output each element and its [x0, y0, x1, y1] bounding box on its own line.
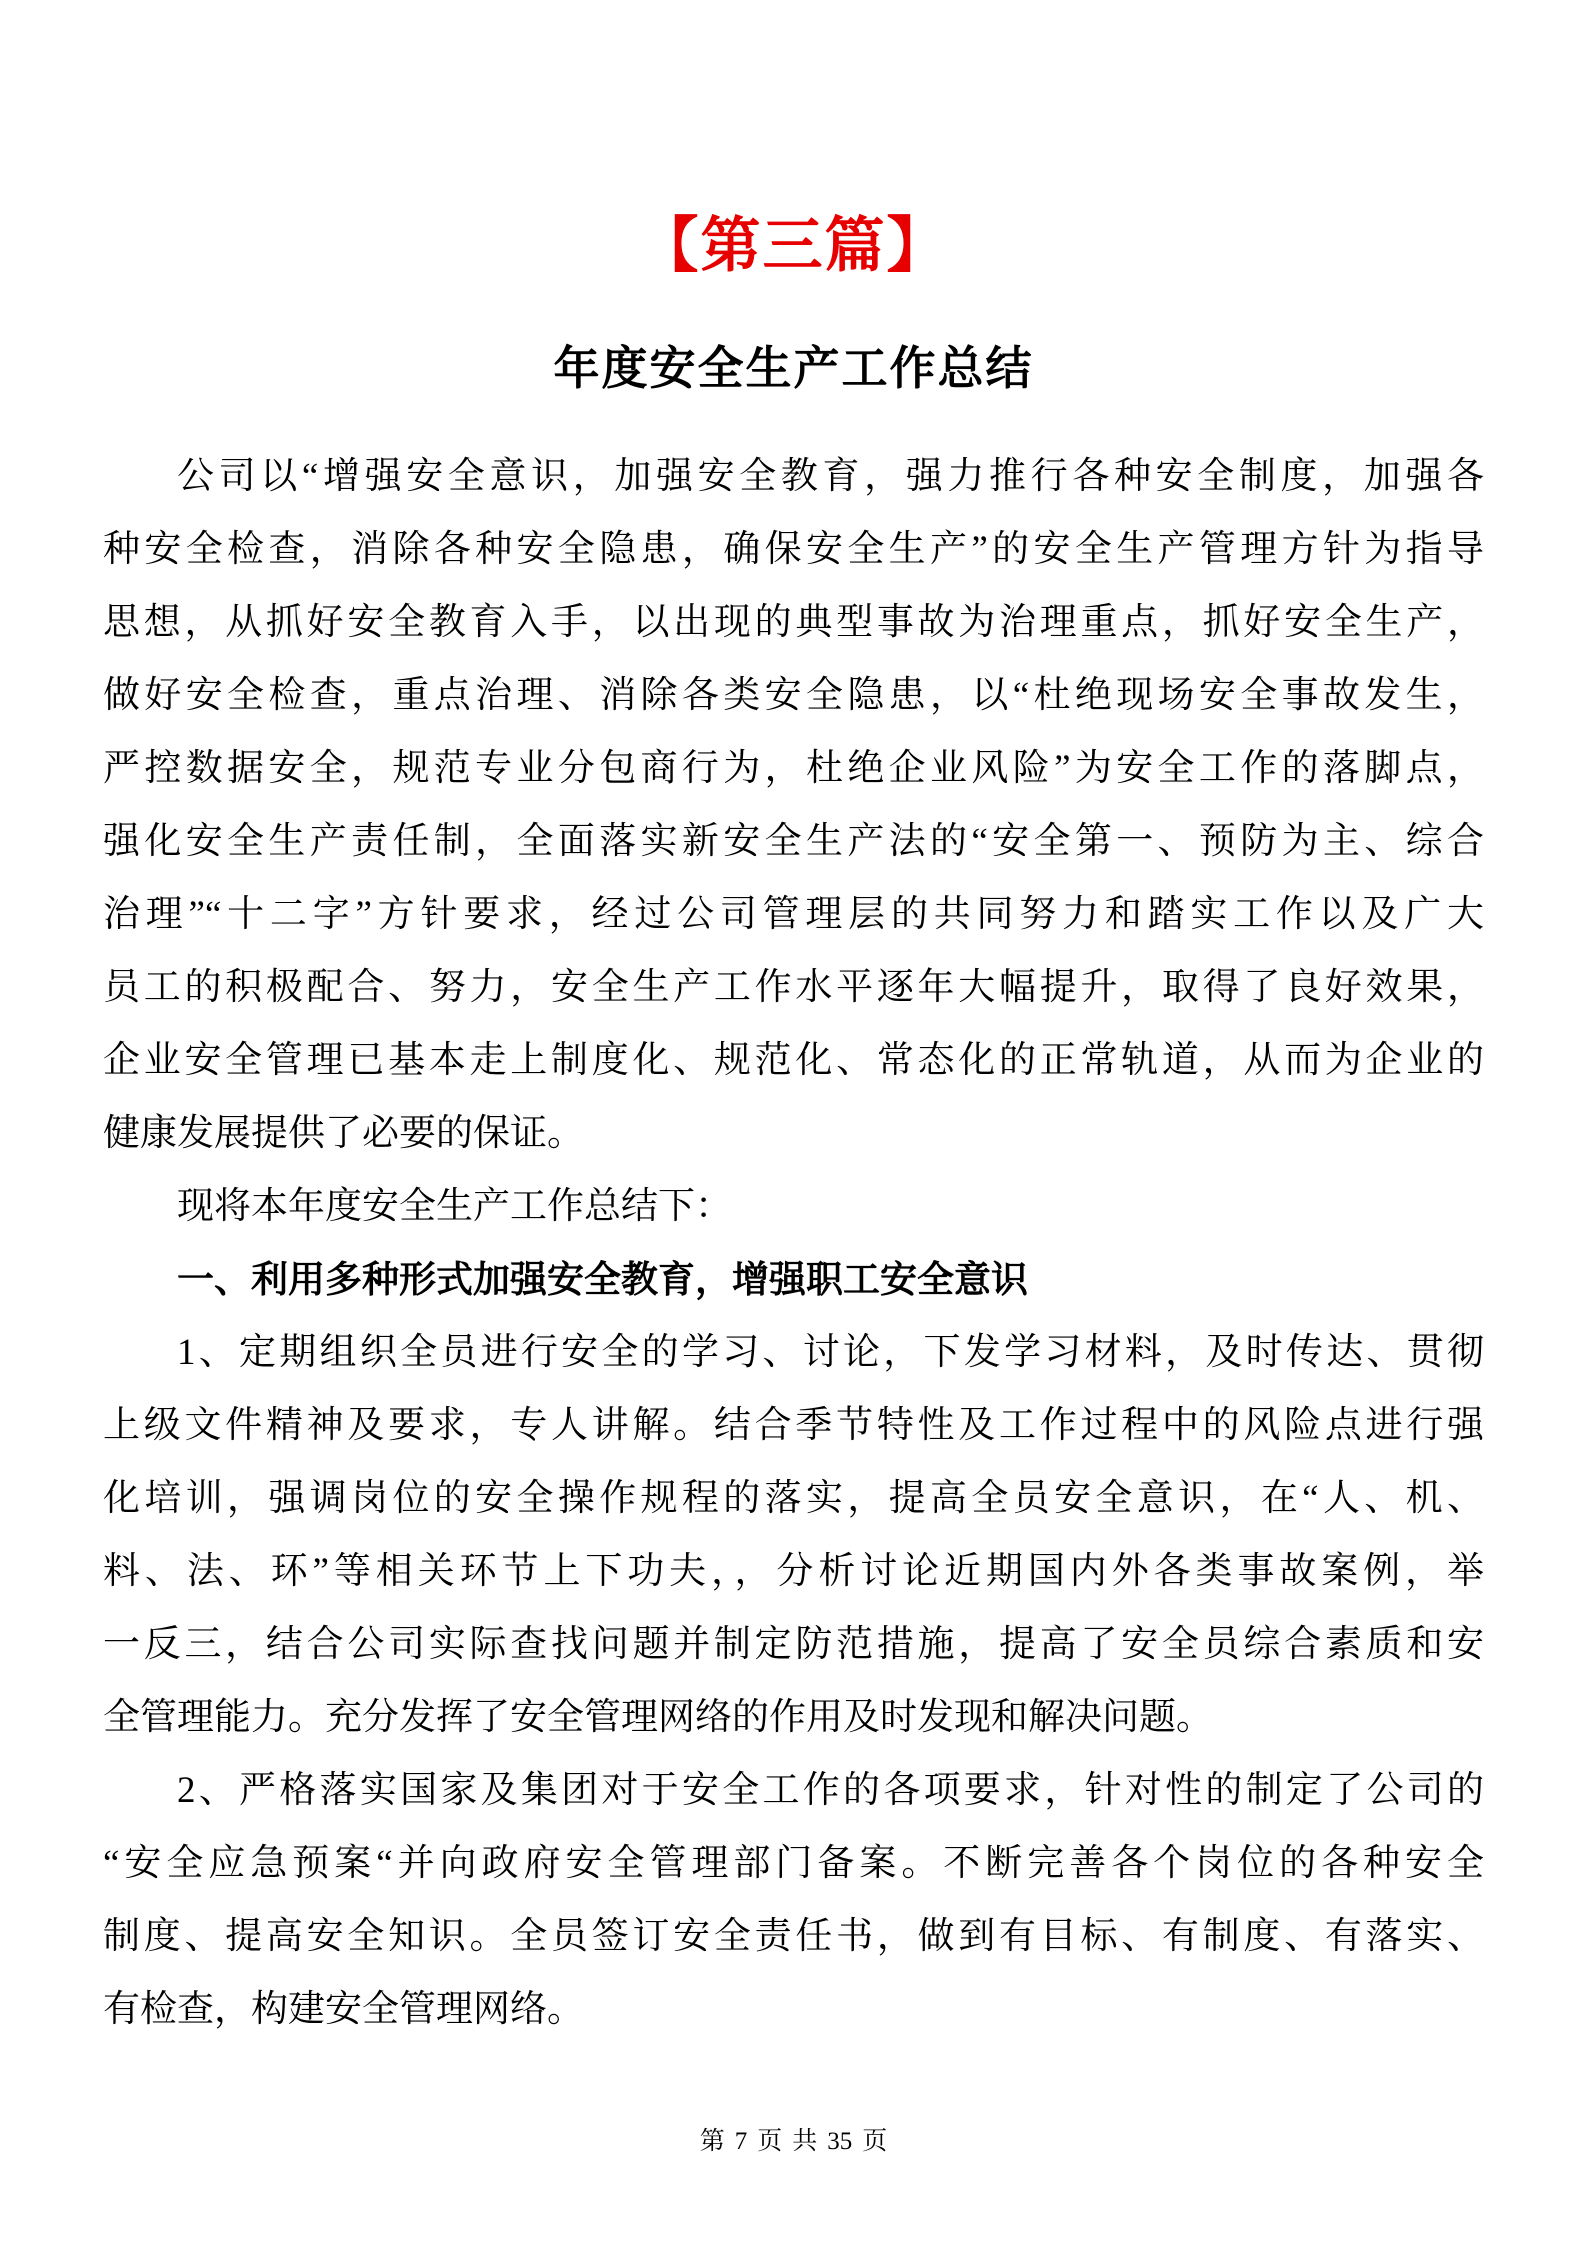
body-text-line: 思想，从抓好安全教育入手，以出现的典型事故为治理重点，抓好安全生产，	[103, 586, 1484, 659]
footer-label-page: 第	[695, 2128, 730, 2155]
section-title: 【第三篇】	[0, 0, 1587, 282]
body-text-line: 企业安全管理已基本走上制度化、规范化、常态化的正常轨道，从而为企业的	[103, 1024, 1484, 1097]
body-text-line: 化培训，强调岗位的安全操作规程的落实，提高全员安全意识，在“人、机、	[103, 1462, 1484, 1535]
body-text-line: 种安全检查，消除各种安全隐患，确保安全生产”的安全生产管理方针为指导	[103, 513, 1484, 586]
body-text-line: 有检查，构建安全管理网络。	[103, 1973, 1484, 2046]
document-body: 公司以“增强安全意识，加强安全教育，强力推行各种安全制度，加强各种安全检查，消除…	[103, 396, 1484, 2046]
body-text-line: 强化安全生产责任制，全面落实新安全生产法的“安全第一、预防为主、综合	[103, 805, 1484, 878]
footer-label-unit2: 页	[857, 2128, 892, 2155]
body-text-line: “安全应急预案“并向政府安全管理部门备案。不断完善各个岗位的各种安全	[103, 1827, 1484, 1900]
document-title: 年度安全生产工作总结	[0, 282, 1587, 396]
body-text-line: 严控数据安全，规范专业分包商行为，杜绝企业风险”为安全工作的落脚点，	[103, 732, 1484, 805]
body-text-line: 上级文件精神及要求，专人讲解。结合季节特性及工作过程中的风险点进行强	[103, 1389, 1484, 1462]
body-text-line: 健康发展提供了必要的保证。	[103, 1097, 1484, 1170]
body-text-line: 2、严格落实国家及集团对于安全工作的各项要求，针对性的制定了公司的	[103, 1754, 1484, 1827]
body-text-line: 公司以“增强安全意识，加强安全教育，强力推行各种安全制度，加强各	[103, 440, 1484, 513]
body-text-line: 1、定期组织全员进行安全的学习、讨论，下发学习材料，及时传达、贯彻	[103, 1316, 1484, 1389]
body-text-line: 一反三，结合公司实际查找问题并制定防范措施，提高了安全员综合素质和安	[103, 1608, 1484, 1681]
footer-label-unit: 页	[752, 2128, 787, 2155]
document-page: 【第三篇】 年度安全生产工作总结 公司以“增强安全意识，加强安全教育，强力推行各…	[0, 0, 1587, 2245]
footer-label-total: 共	[787, 2128, 822, 2155]
body-text-line: 现将本年度安全生产工作总结下：	[103, 1170, 1484, 1243]
body-text-line: 做好安全检查，重点治理、消除各类安全隐患，以“杜绝现场安全事故发生，	[103, 659, 1484, 732]
body-text-line: 料、法、环”等相关环节上下功夫，，分析讨论近期国内外各类事故案例，举	[103, 1535, 1484, 1608]
body-text-line: 制度、提高安全知识。全员签订安全责任书，做到有目标、有制度、有落实、	[103, 1900, 1484, 1973]
page-footer: 第7页共35页	[0, 2126, 1587, 2158]
body-text-line: 员工的积极配合、努力，安全生产工作水平逐年大幅提升，取得了良好效果，	[103, 951, 1484, 1024]
footer-total-pages: 35	[822, 2128, 857, 2155]
footer-page-number: 7	[730, 2128, 753, 2155]
body-heading-line: 一、利用多种形式加强安全教育，增强职工安全意识	[103, 1243, 1484, 1316]
body-text-line: 全管理能力。充分发挥了安全管理网络的作用及时发现和解决问题。	[103, 1681, 1484, 1754]
body-text-line: 治理”“十二字”方针要求，经过公司管理层的共同努力和踏实工作以及广大	[103, 878, 1484, 951]
